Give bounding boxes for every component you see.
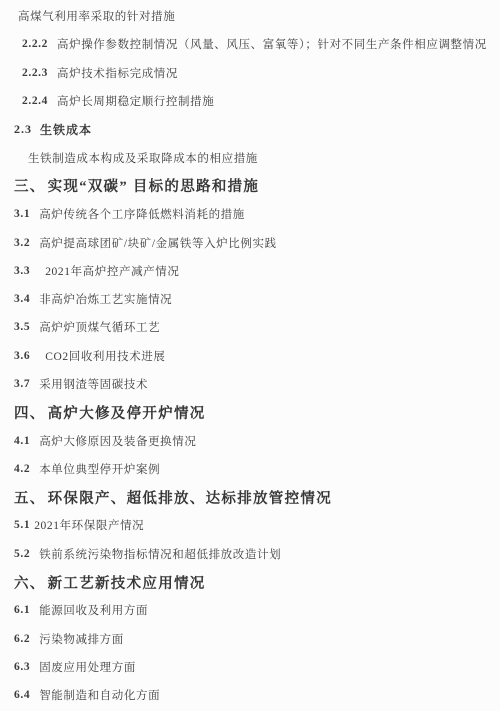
document-page: 高煤气利用率采取的针对措施 2.2.2 高炉操作参数控制情况（风量、风压、富氧等… [0, 0, 500, 711]
line-number: 2.2.2 [22, 38, 48, 50]
line-text: 智能制造和自动化方面 [39, 687, 160, 703]
line-text: 能源回收及利用方面 [39, 602, 148, 618]
document-line: 3.2 高炉提高球团矿/块矿/金属铁等入炉比例实践 [14, 228, 494, 256]
line-text: 2021年高炉控产减产情况 [45, 263, 179, 279]
line-text: 非高炉冶炼工艺实施情况 [39, 291, 172, 307]
document-line: 4.1 高炉大修原因及装备更换情况 [14, 426, 494, 454]
line-text: 2021年环保限产情况 [34, 517, 144, 533]
document-line: 3.5 高炉炉顶煤气循环工艺 [14, 313, 494, 341]
line-number: 3.7 [14, 378, 30, 390]
line-number: 6.2 [14, 633, 30, 645]
document-line: 2.2.4 高炉长周期稳定顺行控制措施 [14, 87, 494, 115]
document-line: 3.4 非高炉冶炼工艺实施情况 [14, 285, 494, 313]
line-text: 高炉操作参数控制情况（风量、风压、富氧等）；针对不同生产条件相应调整情况 [57, 36, 487, 52]
line-text: 铁前系统污染物指标情况和超低排放改造计划 [39, 546, 281, 562]
document-body: 高煤气利用率采取的针对措施 2.2.2 高炉操作参数控制情况（风量、风压、富氧等… [0, 0, 500, 709]
line-number: 3.4 [14, 293, 30, 305]
line-number: 2.3 [14, 122, 32, 137]
line-number: 五、 [14, 487, 46, 508]
document-line: 四、 高炉大修及停开炉情况 [14, 398, 494, 426]
line-text: 高炉长周期稳定顺行控制措施 [57, 93, 214, 109]
line-number: 3.6 [14, 350, 30, 362]
line-text: 高炉传统各个工序降低燃料消耗的措施 [39, 206, 245, 222]
line-text: 高炉炉顶煤气循环工艺 [39, 319, 160, 335]
line-text: 高炉大修及停开炉情况 [48, 402, 206, 423]
line-number: 三、 [14, 175, 46, 196]
line-number: 6.3 [14, 661, 30, 673]
line-number: 2.2.3 [22, 67, 48, 79]
line-number: 六、 [14, 572, 46, 593]
line-text: 高炉提高球团矿/块矿/金属铁等入炉比例实践 [39, 235, 277, 251]
line-number: 6.1 [14, 604, 30, 616]
line-number: 3.1 [14, 208, 30, 220]
document-line: 3.1 高炉传统各个工序降低燃料消耗的措施 [14, 200, 494, 228]
document-line: 生铁制造成本构成及采取降成本的相应措施 [14, 143, 494, 171]
line-number: 3.3 [14, 265, 30, 277]
document-line: 高煤气利用率采取的针对措施 [14, 2, 494, 30]
line-text: 高炉技术指标完成情况 [57, 65, 178, 81]
line-number: 6.4 [14, 689, 30, 701]
line-text: 环保限产、超低排放、达标排放管控情况 [48, 487, 332, 508]
document-line: 2.2.3 高炉技术指标完成情况 [14, 59, 494, 87]
line-text: 高炉大修原因及装备更换情况 [39, 433, 196, 449]
line-text: 生铁成本 [40, 121, 92, 138]
line-text: 实现“双碳” 目标的思路和措施 [48, 175, 260, 196]
line-number: 4.1 [14, 435, 30, 447]
document-line: 2.2.2 高炉操作参数控制情况（风量、风压、富氧等）；针对不同生产条件相应调整… [14, 30, 494, 58]
document-line: 6.1 能源回收及利用方面 [14, 596, 494, 624]
document-line: 5.2 铁前系统污染物指标情况和超低排放改造计划 [14, 540, 494, 568]
line-text: 本单位典型停开炉案例 [39, 461, 160, 477]
document-line: 六、 新工艺新技术应用情况 [14, 568, 494, 596]
document-line: 6.2 污染物减排方面 [14, 625, 494, 653]
document-line: 五、 环保限产、超低排放、达标排放管控情况 [14, 483, 494, 511]
line-text: 固废应用处理方面 [39, 659, 136, 675]
document-line: 6.4 智能制造和自动化方面 [14, 681, 494, 709]
line-text: 污染物减排方面 [39, 631, 124, 647]
line-number: 5.1 [14, 519, 30, 531]
document-line: 3.3 2021年高炉控产减产情况 [14, 257, 494, 285]
document-line: 4.2 本单位典型停开炉案例 [14, 455, 494, 483]
line-number: 5.2 [14, 548, 30, 560]
line-number: 3.5 [14, 321, 30, 333]
document-line: 3.6 CO2回收利用技术进展 [14, 342, 494, 370]
line-text: 生铁制造成本构成及采取降成本的相应措施 [28, 150, 258, 166]
line-number: 4.2 [14, 463, 30, 475]
document-line: 2.3 生铁成本 [14, 115, 494, 143]
document-line: 6.3 固废应用处理方面 [14, 653, 494, 681]
line-text: CO2回收利用技术进展 [45, 348, 165, 364]
document-line: 5.1 2021年环保限产情况 [14, 511, 494, 539]
document-line: 3.7 采用钢渣等固碳技术 [14, 370, 494, 398]
line-text: 新工艺新技术应用情况 [48, 572, 206, 593]
line-number: 3.2 [14, 237, 30, 249]
document-line: 三、 实现“双碳” 目标的思路和措施 [14, 172, 494, 200]
line-number: 2.2.4 [22, 95, 48, 107]
line-number: 四、 [14, 402, 46, 423]
line-text: 高煤气利用率采取的针对措施 [18, 8, 175, 24]
line-text: 采用钢渣等固碳技术 [39, 376, 148, 392]
